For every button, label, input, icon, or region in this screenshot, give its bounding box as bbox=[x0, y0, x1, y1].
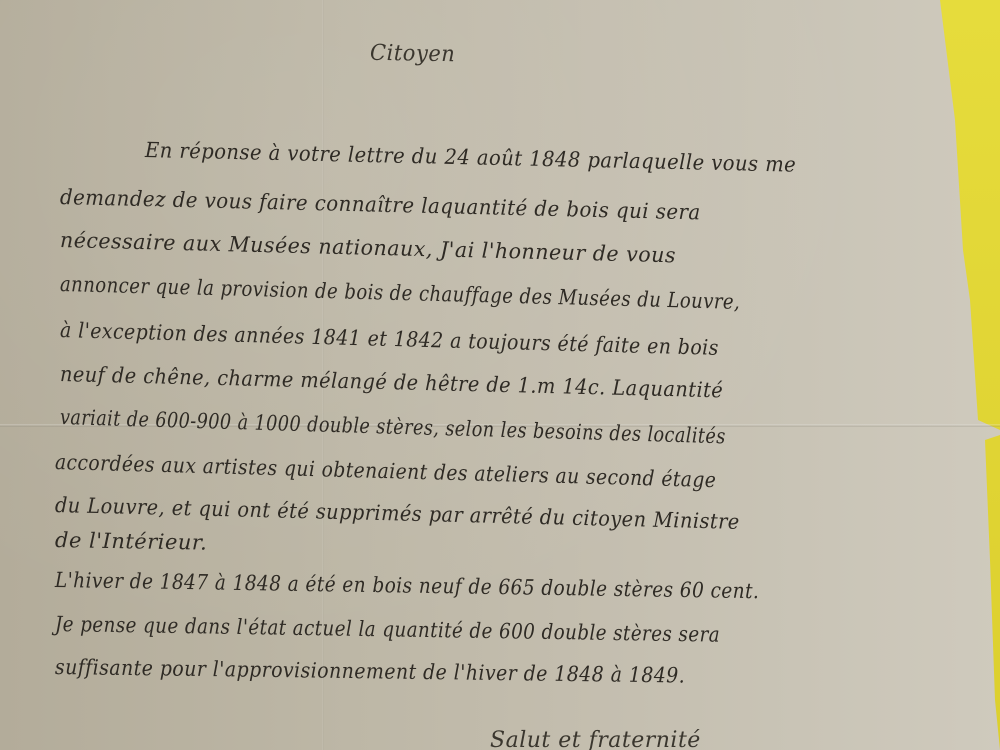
closing-signature: Salut et fraternité bbox=[490, 728, 701, 750]
photo-scene: Citoyen En réponse à votre lettre du 24 … bbox=[0, 0, 1000, 750]
salutation: Citoyen bbox=[370, 39, 456, 67]
letter-line-10: de l'Intérieur. bbox=[55, 528, 208, 555]
